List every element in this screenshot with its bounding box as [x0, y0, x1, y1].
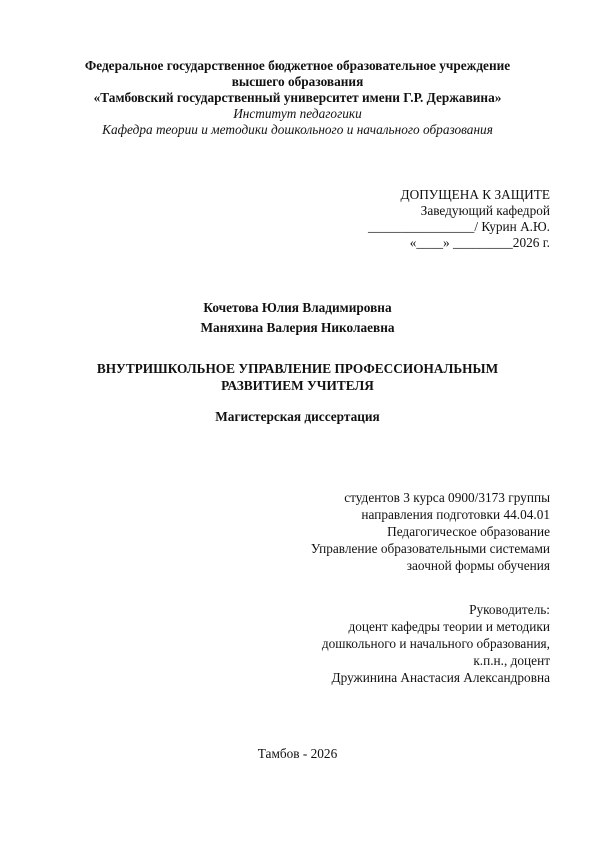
study-form: заочной формы обучения [311, 557, 550, 574]
institute-name: Институт педагогики [0, 106, 595, 122]
city-year: Тамбов - 2026 [0, 745, 595, 762]
approval-block: ДОПУЩЕНА К ЗАЩИТЕ Заведующий кафедрой __… [368, 187, 550, 251]
study-direction: направления подготовки 44.04.01 [311, 506, 550, 523]
education-level: высшего образования [0, 74, 595, 90]
thesis-title: ВНУТРИШКОЛЬНОЕ УПРАВЛЕНИЕ ПРОФЕССИОНАЛЬН… [0, 360, 595, 394]
approval-status: ДОПУЩЕНА К ЗАЩИТЕ [368, 187, 550, 203]
student-info-block: студентов 3 курса 0900/3173 группы напра… [311, 489, 550, 574]
authors-block: Кочетова Юлия Владимировна Маняхина Вале… [0, 298, 595, 338]
supervisor-label: Руководитель: [322, 601, 550, 618]
approver-position: Заведующий кафедрой [368, 203, 550, 219]
university-name: «Тамбовский государственный университет … [0, 90, 595, 106]
title-line: ВНУТРИШКОЛЬНОЕ УПРАВЛЕНИЕ ПРОФЕССИОНАЛЬН… [0, 360, 595, 377]
study-field: Педагогическое образование [311, 523, 550, 540]
organization-type: Федеральное государственное бюджетное об… [0, 58, 595, 74]
institution-header: Федеральное государственное бюджетное об… [0, 58, 595, 138]
supervisor-position: доцент кафедры теории и методики [322, 618, 550, 635]
approver-signature: ________________/ Курин А.Ю. [368, 219, 550, 235]
title-line: РАЗВИТИЕМ УЧИТЕЛЯ [0, 377, 595, 394]
approval-date: «____» _________2026 г. [368, 235, 550, 251]
author-name: Маняхина Валерия Николаевна [0, 318, 595, 338]
department-name: Кафедра теории и методики дошкольного и … [0, 122, 595, 138]
supervisor-name: Дружинина Анастасия Александровна [322, 669, 550, 686]
student-group: студентов 3 курса 0900/3173 группы [311, 489, 550, 506]
supervisor-block: Руководитель: доцент кафедры теории и ме… [322, 601, 550, 686]
supervisor-degree: к.п.н., доцент [322, 652, 550, 669]
study-program: Управление образовательными системами [311, 540, 550, 557]
supervisor-position: дошкольного и начального образования, [322, 635, 550, 652]
work-type: Магистерская диссертация [0, 408, 595, 425]
author-name: Кочетова Юлия Владимировна [0, 298, 595, 318]
